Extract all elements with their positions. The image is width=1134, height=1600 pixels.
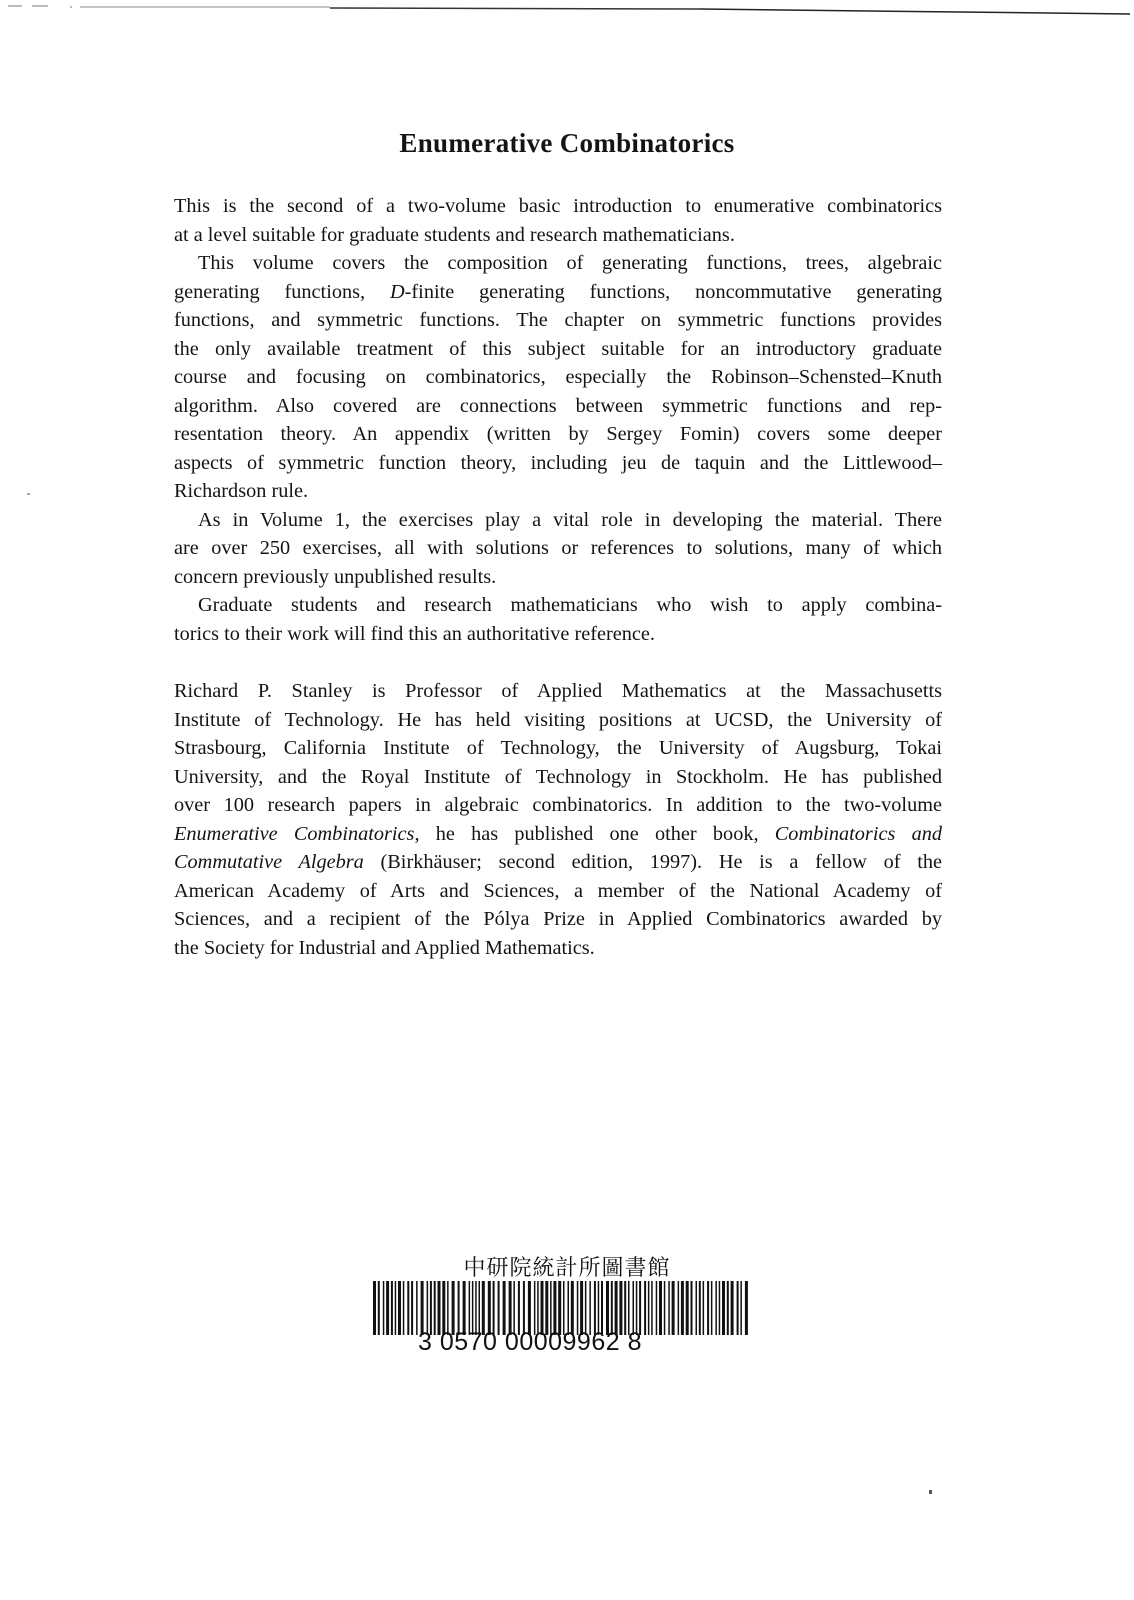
bio-line: Strasbourg, California Institute of Tech… (174, 734, 942, 763)
bio-line: the Society for Industrial and Applied M… (174, 934, 942, 963)
description-line: functions, and symmetric functions. The … (174, 306, 942, 335)
description-line: This is the second of a two-volume basic… (174, 192, 942, 221)
bio-line: American Academy of Arts and Sciences, a… (174, 877, 942, 906)
barcode-number: 3 0570 00009962 8 (418, 1328, 642, 1357)
library-stamp-label: 中研院統計所圖書館 (0, 1251, 1134, 1282)
bio-line: Sciences, and a recipient of the Pólya P… (174, 905, 942, 934)
description-line: concern previously unpublished results. (174, 563, 942, 592)
description-line: This volume covers the composition of ge… (174, 249, 942, 278)
description-line: are over 250 exercises, all with solutio… (174, 534, 942, 563)
author-bio: Richard P. Stanley is Professor of Appli… (174, 677, 942, 962)
description-line: at a level suitable for graduate student… (174, 221, 942, 250)
scan-speck (929, 1490, 932, 1494)
description-line: Graduate students and research mathemati… (174, 591, 942, 620)
page-title: Enumerative Combinatorics (0, 128, 1134, 159)
bio-line: Commutative Algebra (Birkhäuser; second … (174, 848, 942, 877)
barcode (373, 1281, 751, 1335)
bio-line: Enumerative Combinatorics, he has publis… (174, 820, 942, 849)
description-line: generating functions, D-finite generatin… (174, 278, 942, 307)
description-line: As in Volume 1, the exercises play a vit… (174, 506, 942, 535)
bio-line: University, and the Royal Institute of T… (174, 763, 942, 792)
description-line: aspects of symmetric function theory, in… (174, 449, 942, 478)
bio-line: over 100 research papers in algebraic co… (174, 791, 942, 820)
book-description: This is the second of a two-volume basic… (174, 192, 942, 648)
description-line: the only available treatment of this sub… (174, 335, 942, 364)
scan-edge-line (0, 4, 1134, 18)
bio-line: Institute of Technology. He has held vis… (174, 706, 942, 735)
description-line: torics to their work will find this an a… (174, 620, 942, 649)
description-line: algorithm. Also covered are connections … (174, 392, 942, 421)
scan-speck (27, 493, 30, 495)
description-line: Richardson rule. (174, 477, 942, 506)
description-line: resentation theory. An appendix (written… (174, 420, 942, 449)
bio-line: Richard P. Stanley is Professor of Appli… (174, 677, 942, 706)
description-line: course and focusing on combinatorics, es… (174, 363, 942, 392)
